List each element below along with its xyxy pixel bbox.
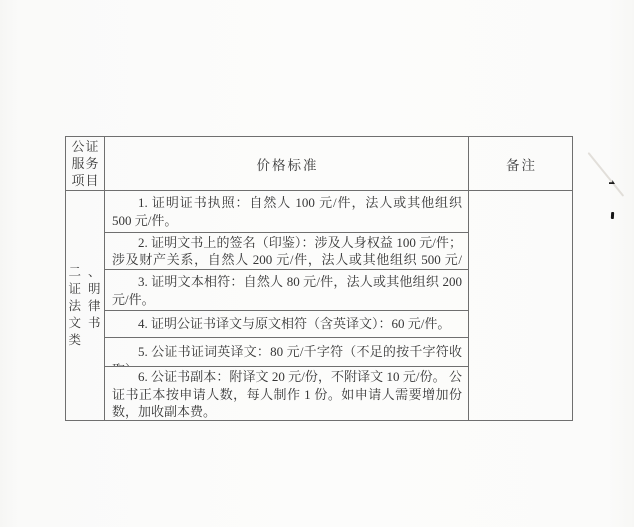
category-line-2: 证明 [69, 281, 102, 298]
category-line-3: 法律 [69, 298, 102, 315]
price-row-5-text: 5. 公证书证词英译文：80 元/千字符（不足的按千字符收取）。 [112, 343, 462, 367]
category-line-1: 二、 [69, 264, 102, 281]
header-service-line-2: 服务 [70, 155, 99, 172]
price-row-duplicate-copies: 6. 公证书副本：附译文 20 元/份，不附译文 10 元/份。 公证书正本按申… [105, 367, 469, 421]
category-line-4: 文书 [69, 315, 102, 332]
price-row-signatures-seals: 2. 证明文书上的签名（印鉴）：涉及人身权益 100 元/件；涉及财产关系，自然… [105, 233, 469, 270]
price-row-text-conformity: 3. 证明文本相符：自然人 80 元/件，法人或其他组织 200 元/件。 [105, 270, 469, 311]
header-cell-service-items: 公证 服务 项目 [66, 137, 105, 191]
category-cell-legal-documents: 二、 证明 法律 文书 类 [66, 191, 105, 421]
remarks-label: 备注 [504, 154, 537, 174]
price-row-1-text: 1. 证明证书执照：自然人 100 元/件，法人或其他组织 500 元/件。 [112, 194, 462, 230]
header-service-line-1: 公证 [70, 138, 99, 155]
scanned-page: 公证 服务 项目 价格标准 备注 二、 证明 法律 文书 类 1. 证明证书执照… [0, 0, 634, 527]
price-row-english-translation: 5. 公证书证词英译文：80 元/千字符（不足的按千字符收取）。 [105, 338, 469, 367]
price-row-translation-conformity: 4. 证明公证书译文与原文相符（含英译文）：60 元/件。 [105, 311, 469, 338]
header-cell-price-standard: 价格标准 [105, 137, 469, 191]
price-row-6-text: 6. 公证书副本：附译文 20 元/份，不附译文 10 元/份。 公证书正本按申… [112, 368, 462, 421]
notary-price-table: 公证 服务 项目 价格标准 备注 二、 证明 法律 文书 类 1. 证明证书执照… [65, 136, 573, 421]
remarks-cell-empty [469, 191, 572, 421]
price-row-2-text: 2. 证明文书上的签名（印鉴）：涉及人身权益 100 元/件；涉及财产关系，自然… [112, 234, 462, 270]
header-service-line-3: 项目 [70, 172, 99, 189]
price-standard-label: 价格标准 [255, 154, 319, 174]
header-cell-remarks: 备注 [469, 137, 572, 191]
category-line-5: 类 [69, 332, 102, 349]
price-row-4-text: 4. 证明公证书译文与原文相符（含英译文）：60 元/件。 [112, 315, 462, 333]
scan-speck-2 [611, 212, 614, 219]
price-row-3-text: 3. 证明文本相符：自然人 80 元/件，法人或其他组织 200 元/件。 [112, 273, 462, 309]
price-row-certificates-licenses: 1. 证明证书执照：自然人 100 元/件，法人或其他组织 500 元/件。 [105, 191, 469, 233]
scan-streak-artifact [587, 152, 624, 197]
